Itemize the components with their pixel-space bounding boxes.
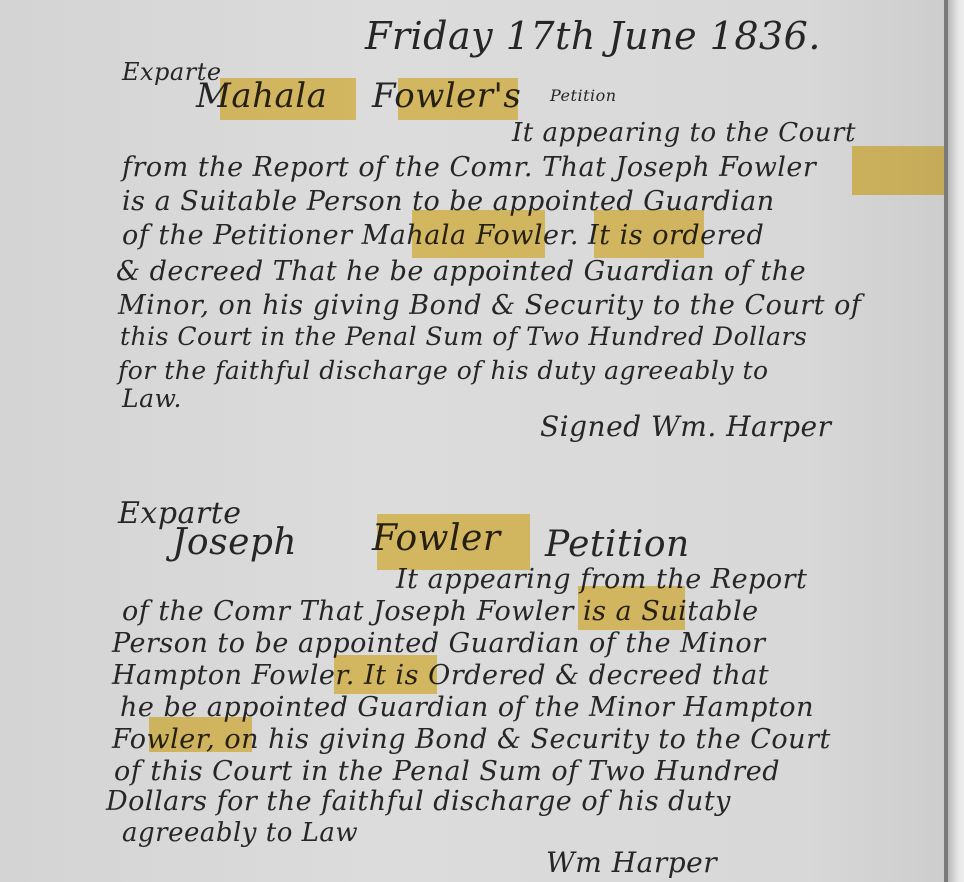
entry-2-line-4: Hampton Fowler. It is Ordered & decreed … — [112, 660, 769, 691]
page-outer-edge — [948, 0, 964, 882]
entry-1-heading-suffix: Petition — [550, 86, 617, 105]
highlight-fowler — [149, 717, 252, 752]
entry-1-line-1: It appearing to the Court — [512, 118, 856, 148]
entry-1-line-9: Law. — [122, 384, 182, 413]
highlight-fowler — [594, 210, 704, 258]
entry-1-line-6: Minor, on his giving Bond & Security to … — [118, 290, 861, 321]
highlight-fowler — [398, 78, 518, 120]
entry-2-signature: Wm Harper — [546, 846, 717, 879]
entry-1-line-7: this Court in the Penal Sum of Two Hundr… — [120, 322, 807, 351]
entry-2-line-9: agreeably to Law — [122, 818, 358, 848]
highlight-fowler — [377, 514, 530, 570]
entry-2-heading-suffix: Petition — [545, 524, 690, 565]
entry-1-line-5: & decreed That he be appointed Guardian … — [116, 256, 806, 287]
entry-1-line-2: from the Report of the Comr. That Joseph… — [122, 152, 816, 183]
highlight-mahala — [412, 210, 545, 258]
entry-2-line-8: Dollars for the faithful discharge of hi… — [106, 786, 731, 817]
highlight-mahala — [220, 78, 356, 120]
entry-2-name-first: Joseph — [172, 522, 297, 563]
date-header: Friday 17th June 1836. — [365, 14, 821, 58]
entry-2-line-7: of this Court in the Penal Sum of Two Hu… — [114, 756, 780, 787]
entry-1-line-8: for the faithful discharge of his duty a… — [118, 356, 769, 385]
entry-2-line-3: Person to be appointed Guardian of the M… — [112, 628, 766, 659]
highlight-fowler — [578, 586, 685, 630]
entry-1-signature: Signed Wm. Harper — [540, 410, 832, 443]
highlight-fowler — [334, 655, 437, 694]
document-page: Friday 17th June 1836. Exparte Mahala Fo… — [0, 0, 946, 882]
highlight-fowler — [852, 146, 952, 195]
